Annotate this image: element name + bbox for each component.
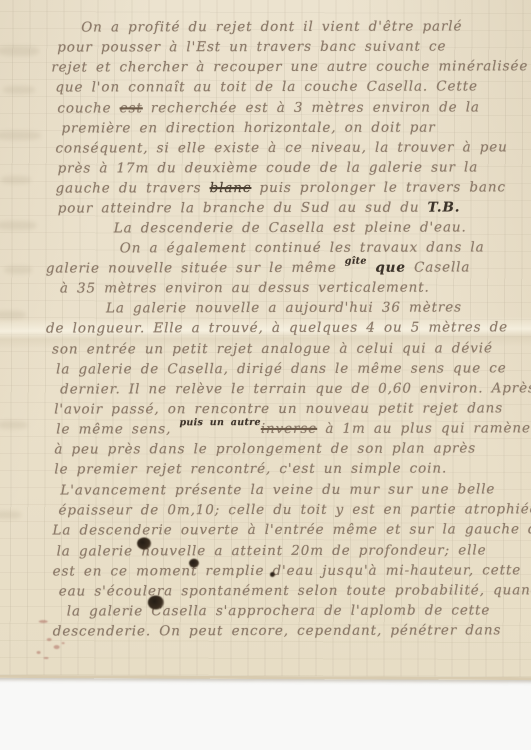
handwriting-line: L'avancement présente la veine du mur su… (60, 481, 495, 501)
ink-blot (137, 537, 151, 549)
text-segment: le même sens, (56, 421, 179, 437)
inserted-word: puis un autre (179, 417, 260, 428)
text-segment: puis prolonger le travers banc (251, 179, 506, 196)
ink-blot (189, 559, 199, 568)
handwriting-line: dernier. Il ne relève le terrain que de … (60, 380, 531, 400)
text-segment: de longueur. Elle a trouvé, à quelques 4… (46, 319, 508, 336)
handwriting-line: l'avoir passé, on rencontre un nouveau p… (54, 400, 503, 420)
handwriting-line: couche est recherchée est à 3 mètres env… (57, 99, 480, 119)
text-segment: l'avoir passé, on rencontre un nouveau p… (54, 400, 503, 417)
text-segment: La galerie nouvelle a aujourd'hui 36 mèt… (106, 299, 462, 316)
text-segment: la galerie Casella s'approchera de l'apl… (67, 602, 491, 619)
handwriting-line: descenderie. On peut encore, cependant, … (53, 622, 502, 642)
handwriting-line: La galerie nouvelle a aujourd'hui 36 mèt… (106, 299, 462, 319)
handwriting-line: que l'on connaît au toit de la couche Ca… (55, 78, 478, 98)
handwriting-line: On a également continué les travaux dans… (120, 239, 485, 259)
handwriting-line: galerie nouvelle située sur le même gîte… (46, 259, 471, 279)
text-segment: le premier rejet rencontré, c'est un sim… (54, 461, 447, 478)
text-segment: La descenderie de Casella est pleine d'e… (114, 219, 467, 236)
handwriting-line: pour pousser à l'Est un travers banc sui… (57, 39, 446, 59)
text-segment: la galerie de Casella, dirigé dans le mê… (56, 360, 507, 377)
text-segment: eau s'écoulera spontanément selon toute … (59, 582, 531, 599)
red-speck (39, 620, 48, 623)
text-segment: à 1m au plus qui ramène le mur (317, 420, 531, 437)
handwriting-line: gauche du travers blanc puis prolonger l… (56, 179, 506, 199)
handwriting-line: pour atteindre la branche du Sud au sud … (58, 199, 461, 219)
text-segment: conséquent, si elle existe à ce niveau, … (55, 139, 507, 156)
handwriting-line: La descenderie de Casella est pleine d'e… (114, 219, 467, 239)
handwriting-line: le premier rejet rencontré, c'est un sim… (54, 461, 447, 481)
red-speck (62, 642, 65, 644)
scan-background: On a profité du rejet dont il vient d'êt… (0, 0, 531, 750)
text-segment: L'avancement présente la veine du mur su… (60, 481, 495, 498)
handwriting-line: la galerie Casella s'approchera de l'apl… (67, 602, 491, 622)
red-speck (54, 645, 60, 649)
text-segment: gauche du travers (56, 180, 210, 196)
handwriting-line: à 35 mètres environ au dessus verticalem… (60, 280, 430, 300)
text-segment: rejet et chercher à recouper une autre c… (51, 58, 528, 75)
handwriting-line: le même sens, puis un autreinverse à 1m … (56, 420, 531, 440)
text-segment: pour atteindre la branche du Sud au sud … (58, 200, 428, 217)
text-segment: à 35 mètres environ au dessus verticalem… (60, 280, 430, 297)
text-segment: première en direction horizontale, on do… (61, 120, 435, 137)
handwriting-line: On a profité du rejet dont il vient d'êt… (81, 18, 462, 38)
letter-page: On a profité du rejet dont il vient d'êt… (0, 0, 531, 680)
inserted-word: gîte (345, 256, 367, 267)
handwriting-line: eau s'écoulera spontanément selon toute … (59, 582, 531, 602)
handwriting-line: épaisseur de 0m,10; celle du toit y est … (58, 501, 531, 521)
text-segment: On a profité du rejet dont il vient d'êt… (81, 18, 462, 35)
text-segment: dernier. Il ne relève le terrain que de … (60, 380, 531, 397)
dark-ink-annotation: T.B. (428, 199, 461, 215)
handwriting-line: La descenderie ouverte à l'entrée même e… (52, 521, 531, 541)
struck-word: inverse (261, 421, 317, 437)
text-segment: épaisseur de 0m,10; celle du toit y est … (58, 501, 531, 518)
text-segment: est en ce moment remplie d'eau jusqu'à m… (53, 562, 522, 579)
ink-blot (270, 572, 275, 577)
handwriting-line: près à 17m du deuxième coude de la galer… (58, 159, 479, 179)
handwriting-line: rejet et chercher à recouper une autre c… (51, 58, 528, 78)
ink-blot (148, 595, 164, 609)
text-segment: son entrée un petit rejet analogue à cel… (52, 340, 493, 357)
handwriting-line: conséquent, si elle existe à ce niveau, … (55, 139, 507, 159)
text-segment: couche (57, 100, 119, 116)
text-segment: près à 17m du deuxième coude de la galer… (58, 159, 479, 176)
text-segment: Casella (406, 259, 471, 275)
handwriting-block: On a profité du rejet dont il vient d'êt… (0, 0, 531, 677)
struck-word: blanc (210, 180, 252, 196)
text-segment: à peu près dans le prolongement de son p… (54, 440, 476, 457)
handwriting-line: à peu près dans le prolongement de son p… (54, 440, 476, 460)
text-segment: pour pousser à l'Est un travers banc sui… (57, 39, 446, 56)
red-speck (44, 657, 49, 659)
text-segment: On a également continué les travaux dans… (120, 239, 485, 256)
text-segment: La descenderie ouverte à l'entrée même e… (52, 521, 531, 538)
text-segment: galerie nouvelle située sur le même (46, 260, 345, 277)
handwriting-line: de longueur. Elle a trouvé, à quelques 4… (46, 319, 508, 339)
handwriting-line: est en ce moment remplie d'eau jusqu'à m… (53, 562, 522, 582)
red-speck (37, 651, 41, 654)
text-segment: que l'on connaît au toit de la couche Ca… (55, 78, 478, 95)
handwriting-line: première en direction horizontale, on do… (61, 120, 435, 140)
handwriting-line: la galerie de Casella, dirigé dans le mê… (56, 360, 507, 380)
handwriting-line: la galerie nouvelle a atteint 20m de pro… (57, 542, 487, 562)
struck-word: est (120, 100, 143, 116)
handwriting-line: son entrée un petit rejet analogue à cel… (52, 340, 493, 360)
red-speck (47, 638, 52, 641)
dark-ink-annotation: que (367, 260, 406, 276)
text-segment: descenderie. On peut encore, cependant, … (53, 622, 502, 639)
text-segment: la galerie nouvelle a atteint 20m de pro… (57, 542, 487, 559)
text-segment: recherchée est à 3 mètres environ de la (143, 99, 480, 116)
